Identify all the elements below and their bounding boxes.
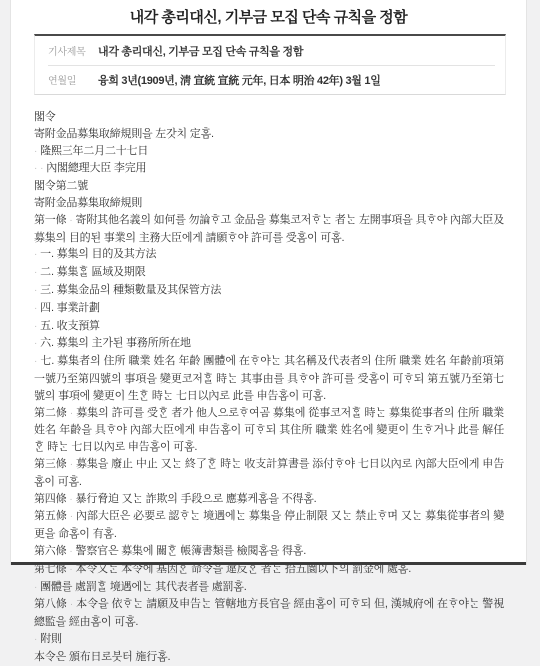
body-paragraph: 第三條·募集을 廢止 中止 又ᄂᆞᆫ 終了ᄒᆞᆫ 時ᄂᆞᆫ 收支計算書를 添付ᄒ… [34,456,504,491]
paragraph-text: 三. 募集金品의 種類數量及其保管方法 [40,284,221,296]
paragraph-text: 寄附金品募集取締規則을 左갓치 定홈. [34,128,214,140]
body-paragraph: ·七. 募集者의 住所 職業 姓名 年齡 團體에 在ᄒᆞ야ᄂᆞᆫ 其名稱及代表者… [34,353,504,404]
meta-value: 융희 3년(1909년, 淸 宣統 宣統 元年, 日本 明治 42年) 3월 1… [98,72,381,88]
paragraph-text: 內部大臣은 必要로 認ᄒᆞᄂᆞᆫ 境遇에ᄂᆞᆫ 募集을 停止制限 又ᄂᆞᆫ 禁止… [34,510,504,540]
paragraph-text: 一. 募集의 目的及其方法 [40,248,156,260]
clause-number: 第一條 [34,214,66,226]
clause-separator-dot: · [66,215,75,226]
body-paragraph: 閣令第二號 [34,178,504,195]
meta-value: 내각 총리대신, 기부금 모집 단속 규칙을 정함 [98,43,303,59]
body-paragraph: 寄附金品募集取締規則을 左갓치 定홈. [34,126,504,143]
body-paragraph: ·四. 事業計劃 [34,300,504,318]
document-sheet: 내각 총리대신, 기부금 모집 단속 규칙을 정함 기사제목내각 총리대신, 기… [10,0,527,565]
paragraph-text: 二. 募集ᄒᆞᆯ 區域及期限 [40,266,145,278]
article-meta-table: 기사제목내각 총리대신, 기부금 모집 단속 규칙을 정함연월일융희 3년(19… [34,34,506,95]
meta-label: 기사제목 [35,43,98,58]
paragraph-text: 六. 募集의 主가된 事務所所在地 [40,337,191,349]
clause-number: 第四條 [34,493,66,505]
clause-separator-dot: · [67,459,76,470]
paragraph-text: 內閣總理大臣 李完用 [46,162,146,174]
paragraph-text: 募集의 許可를 受ᄒᆞᆫ 者가 他人으로ᄒᆞ여곰 募集에 從事코저ᄒᆞᆯ 時ᄂᆞ… [34,407,504,454]
clause-separator-dot: · [66,546,75,557]
body-paragraph: 寄附金品募集取締規則 [34,195,504,212]
body-paragraph: ·六. 募集의 主가된 事務所所在地 [34,335,504,353]
body-paragraph: ··內閣總理大臣 李完用 [34,160,504,178]
row-divider [48,65,495,66]
paragraph-text: 寄附其他名義의 如何를 勿論ᄒᆞ고 金品을 募集코저ᄒᆞᄂᆞᆫ 者ᄂᆞᆫ 左開事… [34,214,504,244]
clause-number: 第五條 [34,510,67,522]
body-paragraph: 第二條·募集의 許可를 受ᄒᆞᆫ 者가 他人으로ᄒᆞ여곰 募集에 從事코저ᄒᆞᆯ… [34,405,504,456]
meta-label: 연월일 [35,72,98,87]
paragraph-text: 五. 收支預算 [40,320,100,332]
paragraph-text: 四. 事業計劃 [40,302,100,314]
meta-row: 기사제목내각 총리대신, 기부금 모집 단속 규칙을 정함 [35,36,505,65]
body-paragraph: 第四條·暴行脅迫 又ᄂᆞᆫ 詐欺의 手段으로 應募케홈을 不得홈. [34,491,504,509]
body-paragraph: 閣令 [34,109,504,126]
body-paragraph: ·一. 募集의 目的及其方法 [34,246,504,264]
body-paragraph: 第六條·警察官은 募集에 關ᄒᆞᆫ 帳簿書類를 檢閱홈을 得홈. [34,543,504,561]
body-paragraph: ·隆熙三年二月二十七日 [34,143,504,161]
clause-number: 第三條 [34,458,67,470]
paragraph-text: 閣令 [34,111,56,123]
body-paragraph: 第五條·內部大臣은 必要로 認ᄒᆞᄂᆞᆫ 境遇에ᄂᆞᆫ 募集을 停止制限 又ᄂᆞ… [34,508,504,543]
paragraph-text: 暴行脅迫 又ᄂᆞᆫ 詐欺의 手段으로 應募케홈을 不得홈. [76,493,317,505]
body-paragraph: ·五. 收支預算 [34,318,504,336]
clause-separator-dot: · [66,494,75,505]
paragraph-text: 募集을 廢止 中止 又ᄂᆞᆫ 終了ᄒᆞᆫ 時ᄂᆞᆫ 收支計算書를 添付ᄒᆞ야 七… [34,458,504,488]
page-title: 내각 총리대신, 기부금 모집 단속 규칙을 정함 [11,0,526,27]
clause-separator-dot: · [67,511,76,522]
clause-number: 第二條 [34,407,67,419]
body-paragraph: ·三. 募集金品의 種類數量及其保管方法 [34,282,504,300]
clause-number: 第六條 [34,545,66,557]
article-body: 閣令寄附金品募集取締規則을 左갓치 定홈.·隆熙三年二月二十七日··內閣總理大臣… [34,109,504,565]
paragraph-text: 警察官은 募集에 關ᄒᆞᆫ 帳簿書類를 檢閱홈을 得홈. [76,545,307,557]
paragraph-text: 寄附金品募集取締規則 [34,197,142,209]
body-paragraph: ·二. 募集ᄒᆞᆯ 區域及期限 [34,264,504,282]
clause-separator-dot: · [67,408,76,419]
paragraph-text: 七. 募集者의 住所 職業 姓名 年齡 團體에 在ᄒᆞ야ᄂᆞᆫ 其名稱及代表者의… [34,355,504,402]
body-paragraph: 第一條·寄附其他名義의 如何를 勿論ᄒᆞ고 金品을 募集코저ᄒᆞᄂᆞᆫ 者ᄂᆞᆫ… [34,212,504,247]
paragraph-text: 閣令第二號 [34,180,88,192]
paragraph-text: 隆熙三年二月二十七日 [40,145,148,157]
meta-row: 연월일융희 3년(1909년, 淸 宣統 宣統 元年, 日本 明治 42年) 3… [35,65,505,94]
